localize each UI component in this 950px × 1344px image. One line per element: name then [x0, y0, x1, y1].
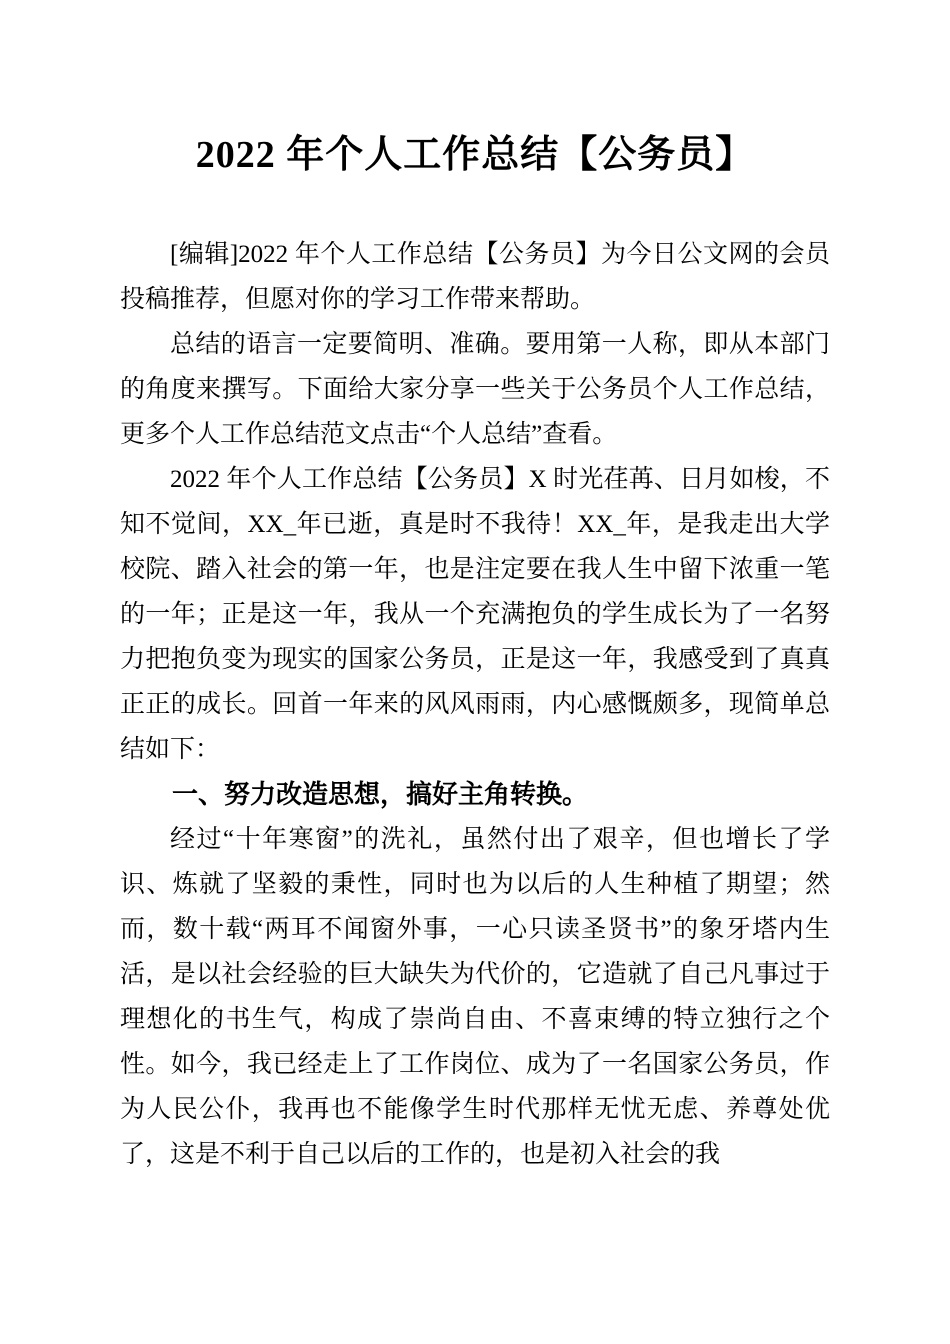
paragraph: 总结的语言一定要简明、准确。要用第一人称，即从本部门的角度来撰写。下面给大家分享… — [120, 322, 830, 457]
document-page: 2022 年个人工作总结【公务员】 [编辑]2022 年个人工作总结【公务员】为… — [0, 0, 950, 1344]
document-body: [编辑]2022 年个人工作总结【公务员】为今日公文网的会员投稿推荐，但愿对你的… — [120, 232, 830, 1177]
paragraph: 2022 年个人工作总结【公务员】X 时光荏苒、日月如梭，不知不觉间，XX_年已… — [120, 457, 830, 772]
section-heading: 一、努力改造思想，搞好主角转换。 — [120, 772, 830, 817]
paragraph: [编辑]2022 年个人工作总结【公务员】为今日公文网的会员投稿推荐，但愿对你的… — [120, 232, 830, 322]
paragraph: 经过“十年寒窗”的洗礼，虽然付出了艰辛，但也增长了学识、炼就了坚毅的秉性，同时也… — [120, 817, 830, 1177]
document-title: 2022 年个人工作总结【公务员】 — [120, 131, 830, 180]
